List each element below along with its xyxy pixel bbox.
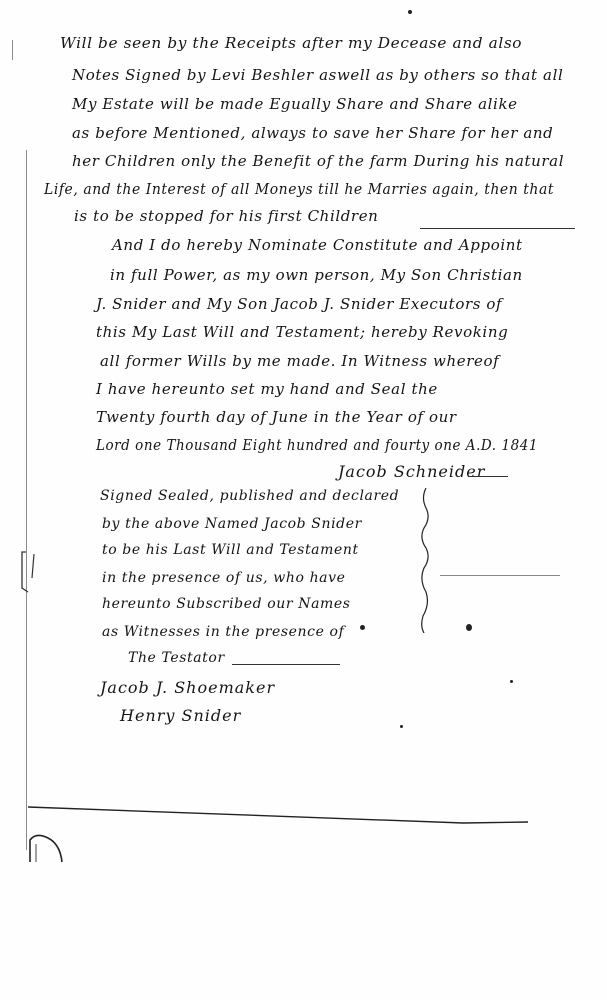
executor-line-1: And I do hereby Nominate Constitute and … <box>112 236 523 254</box>
testator-signature: Jacob Schneider <box>338 462 485 481</box>
attestation-line-7: The Testator <box>128 650 225 666</box>
ink-speck <box>408 10 412 14</box>
left-margin-mark <box>12 40 13 60</box>
body-line-2: Notes Signed by Levi Beshler aswell as b… <box>72 66 563 84</box>
document-page: Will be seen by the Receipts after my De… <box>0 0 607 1000</box>
ink-speck <box>510 680 513 683</box>
seal-mark <box>26 830 72 866</box>
executor-line-6: I have hereunto set my hand and Seal the <box>96 380 438 398</box>
body-line-1: Will be seen by the Receipts after my De… <box>60 34 522 52</box>
body-line-6: Life, and the Interest of all Moneys til… <box>44 180 554 198</box>
executor-line-3: J. Snider and My Son Jacob J. Snider Exe… <box>96 295 502 313</box>
witness-signature-1: Jacob J. Shoemaker <box>100 678 275 697</box>
executor-line-4: this My Last Will and Testament; hereby … <box>96 323 508 341</box>
faint-rule <box>440 575 560 576</box>
ink-speck <box>466 624 472 631</box>
body-line-7: is to be stopped for his first Children <box>74 207 378 225</box>
testator-strike-rule <box>232 664 340 665</box>
attestation-line-3: to be his Last Will and Testament <box>102 542 359 558</box>
body-line-3: My Estate will be made Egually Share and… <box>72 95 518 113</box>
bottom-rule-line <box>28 805 538 825</box>
left-margin-line <box>26 150 27 850</box>
body-line-4: as before Mentioned, always to save her … <box>72 124 553 142</box>
ink-speck <box>400 725 403 728</box>
executor-line-2: in full Power, as my own person, My Son … <box>110 266 523 284</box>
body-line-5: her Children only the Benefit of the far… <box>72 152 564 170</box>
executor-line-7: Twenty fourth day of June in the Year of… <box>96 408 457 426</box>
attestation-brace <box>418 488 432 633</box>
ink-speck <box>360 625 365 630</box>
margin-bracket-mark <box>18 548 48 608</box>
attestation-line-2: by the above Named Jacob Snider <box>102 516 362 532</box>
line-filler-rule <box>420 228 575 229</box>
attestation-line-6: as Witnesses in the presence of <box>102 624 344 640</box>
executor-line-5: all former Wills by me made. In Witness … <box>100 352 499 370</box>
attestation-line-5: hereunto Subscribed our Names <box>102 596 351 612</box>
attestation-line-4: in the presence of us, who have <box>102 570 346 586</box>
executor-line-8: Lord one Thousand Eight hundred and four… <box>96 436 538 454</box>
signature-flourish <box>468 476 508 477</box>
attestation-line-1: Signed Sealed, published and declared <box>100 488 399 504</box>
witness-signature-2: Henry Snider <box>120 706 241 725</box>
